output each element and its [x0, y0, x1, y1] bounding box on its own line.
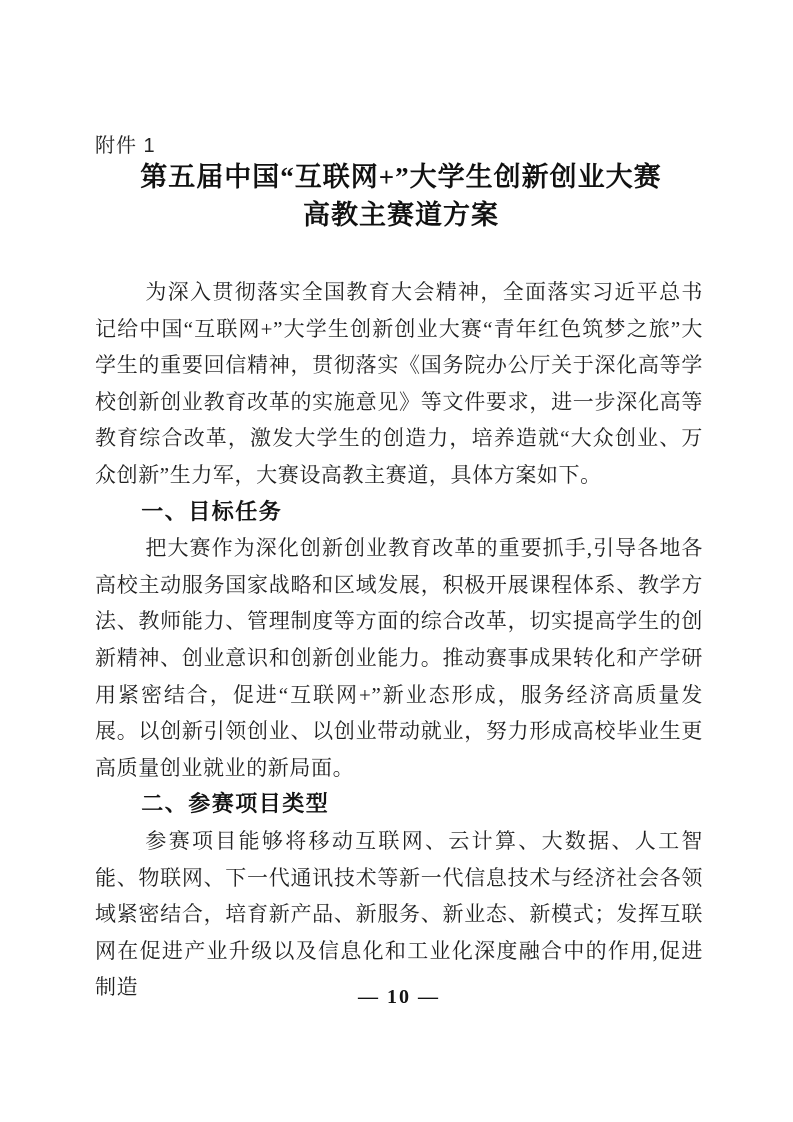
- attachment-label: 附件 1: [95, 129, 156, 158]
- section-heading-goals: 一、目标任务: [95, 494, 703, 531]
- paragraph-intro: 为深入贯彻落实全国教育大会精神，全面落实习近平总书记给中国“互联网+”大学生创新…: [95, 274, 703, 494]
- document-body: 为深入贯彻落实全国教育大会精神，全面落实习近平总书记给中国“互联网+”大学生创新…: [95, 274, 703, 1006]
- document-page: 附件 1 第五届中国“互联网+”大学生创新创业大赛 高教主赛道方案 为深入贯彻落…: [0, 0, 793, 1122]
- title-line-1: 第五届中国“互联网+”大学生创新创业大赛: [140, 162, 661, 192]
- title-line-2: 高教主赛道方案: [303, 200, 499, 230]
- paragraph-project-types: 参赛项目能够将移动互联网、云计算、大数据、人工智能、物联网、下一代通讯技术等新一…: [95, 823, 703, 1006]
- page-number: — 10 —: [95, 986, 703, 1009]
- document-title: 第五届中国“互联网+”大学生创新创业大赛 高教主赛道方案: [95, 158, 707, 234]
- section-heading-project-types: 二、参赛项目类型: [95, 786, 703, 823]
- paragraph-goals: 把大赛作为深化创新创业教育改革的重要抓手,引导各地各高校主动服务国家战略和区域发…: [95, 530, 703, 786]
